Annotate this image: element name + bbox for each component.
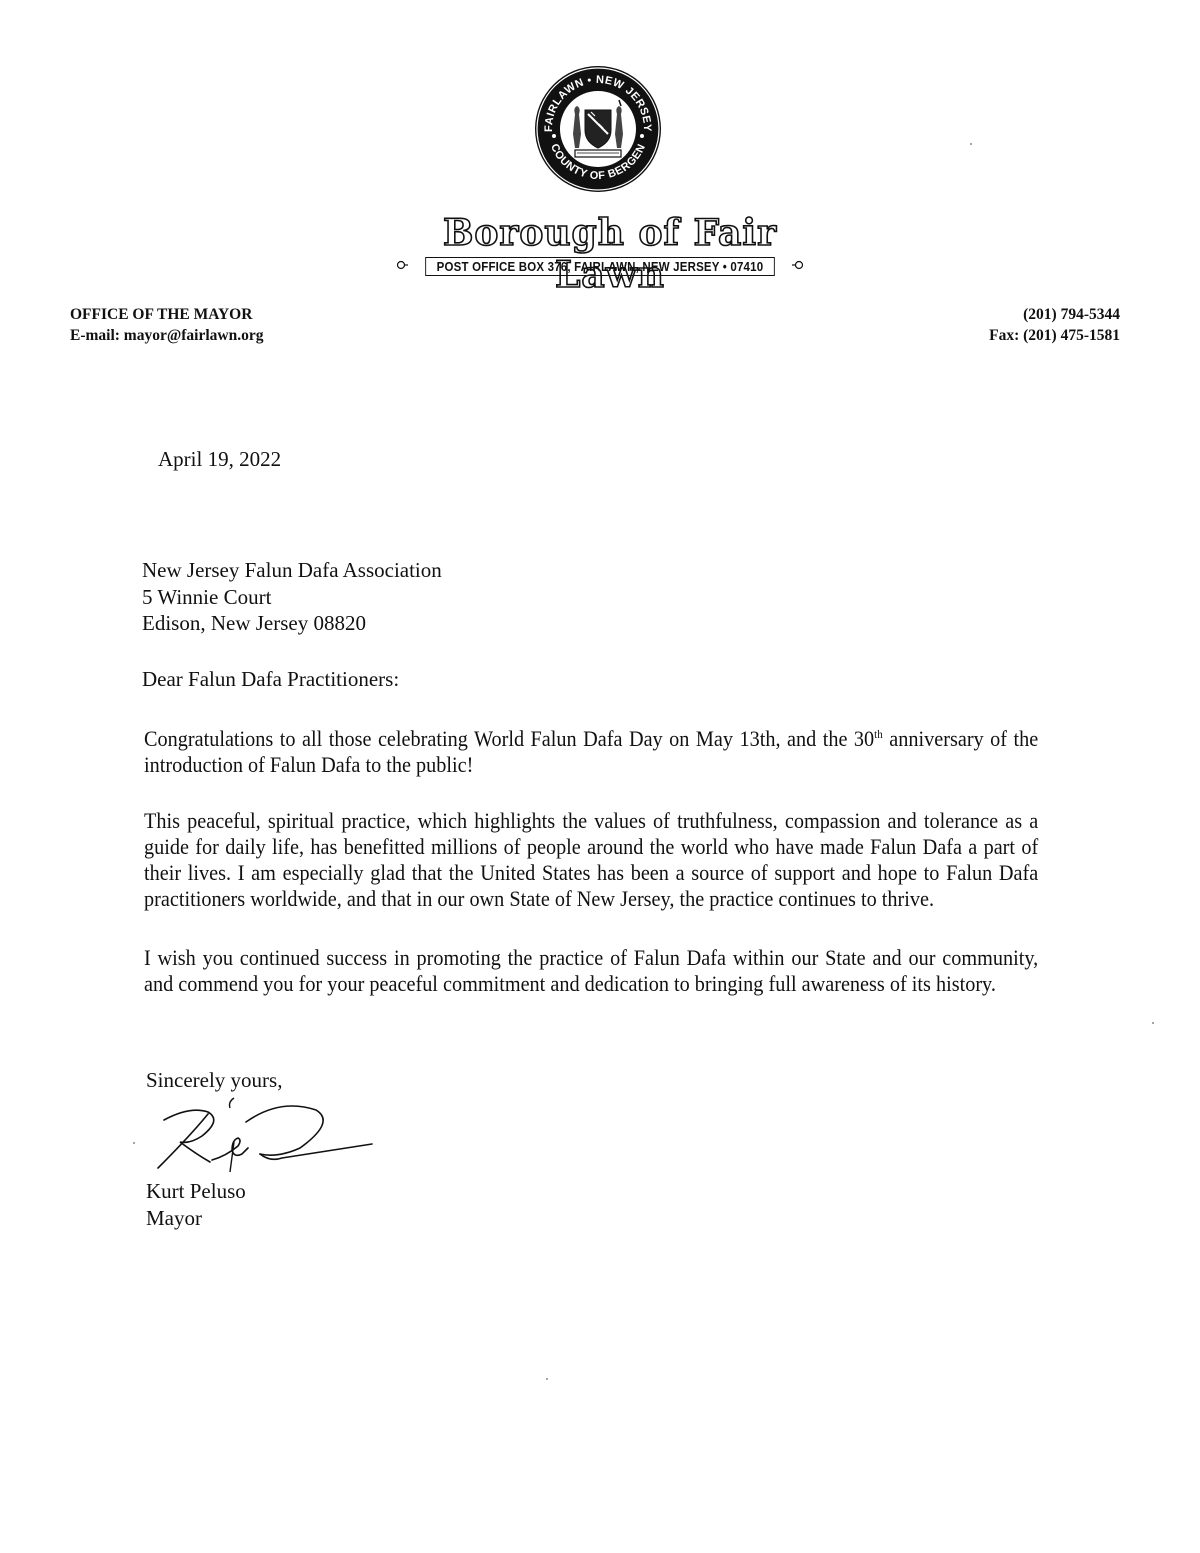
ordinal-suffix: th (874, 727, 883, 741)
paragraph-text: Congratulations to all those celebrating… (144, 726, 874, 751)
body-paragraph-3: I wish you continued success in promotin… (144, 945, 1038, 997)
scroll-end-right-icon (792, 260, 804, 270)
letter-date: April 19, 2022 (158, 447, 281, 472)
recipient-city-state-zip: Edison, New Jersey 08820 (142, 610, 442, 637)
office-fax: Fax: (201) 475-1581 (989, 325, 1120, 346)
borough-name-wordmark: Borough of Fair Lawn (400, 212, 820, 296)
office-email: E-mail: mayor@fairlawn.org (70, 325, 264, 346)
recipient-street: 5 Winnie Court (142, 584, 442, 611)
office-contact-block: OFFICE OF THE MAYOR E-mail: mayor@fairla… (70, 304, 264, 346)
scan-speck (546, 1378, 548, 1380)
address-banner: POST OFFICE BOX 376, FAIRLAWN, NEW JERSE… (396, 256, 804, 276)
recipient-address: New Jersey Falun Dafa Association 5 Winn… (142, 557, 442, 637)
salutation: Dear Falun Dafa Practitioners: (142, 667, 399, 692)
signer-block: Kurt Peluso Mayor (146, 1178, 246, 1232)
borough-seal-logo: FAIRLAWN • NEW JERSEY COUNTY OF BERGEN (533, 64, 663, 194)
body-paragraph-1: Congratulations to all those celebrating… (144, 726, 1038, 778)
recipient-organization: New Jersey Falun Dafa Association (142, 557, 442, 584)
signer-name: Kurt Peluso (146, 1178, 246, 1205)
address-banner-text: POST OFFICE BOX 376, FAIRLAWN, NEW JERSE… (425, 257, 775, 276)
office-name: OFFICE OF THE MAYOR (70, 304, 264, 325)
closing: Sincerely yours, (146, 1068, 282, 1093)
scan-speck (1152, 1022, 1154, 1024)
scroll-end-left-icon (396, 260, 408, 270)
signer-title: Mayor (146, 1205, 246, 1232)
scan-speck (133, 1142, 135, 1144)
handwritten-signature (150, 1092, 380, 1182)
scan-speck (970, 143, 972, 145)
phone-contact-block: (201) 794-5344 Fax: (201) 475-1581 (989, 304, 1120, 346)
body-paragraph-2: This peaceful, spiritual practice, which… (144, 808, 1038, 912)
office-phone: (201) 794-5344 (989, 304, 1120, 325)
